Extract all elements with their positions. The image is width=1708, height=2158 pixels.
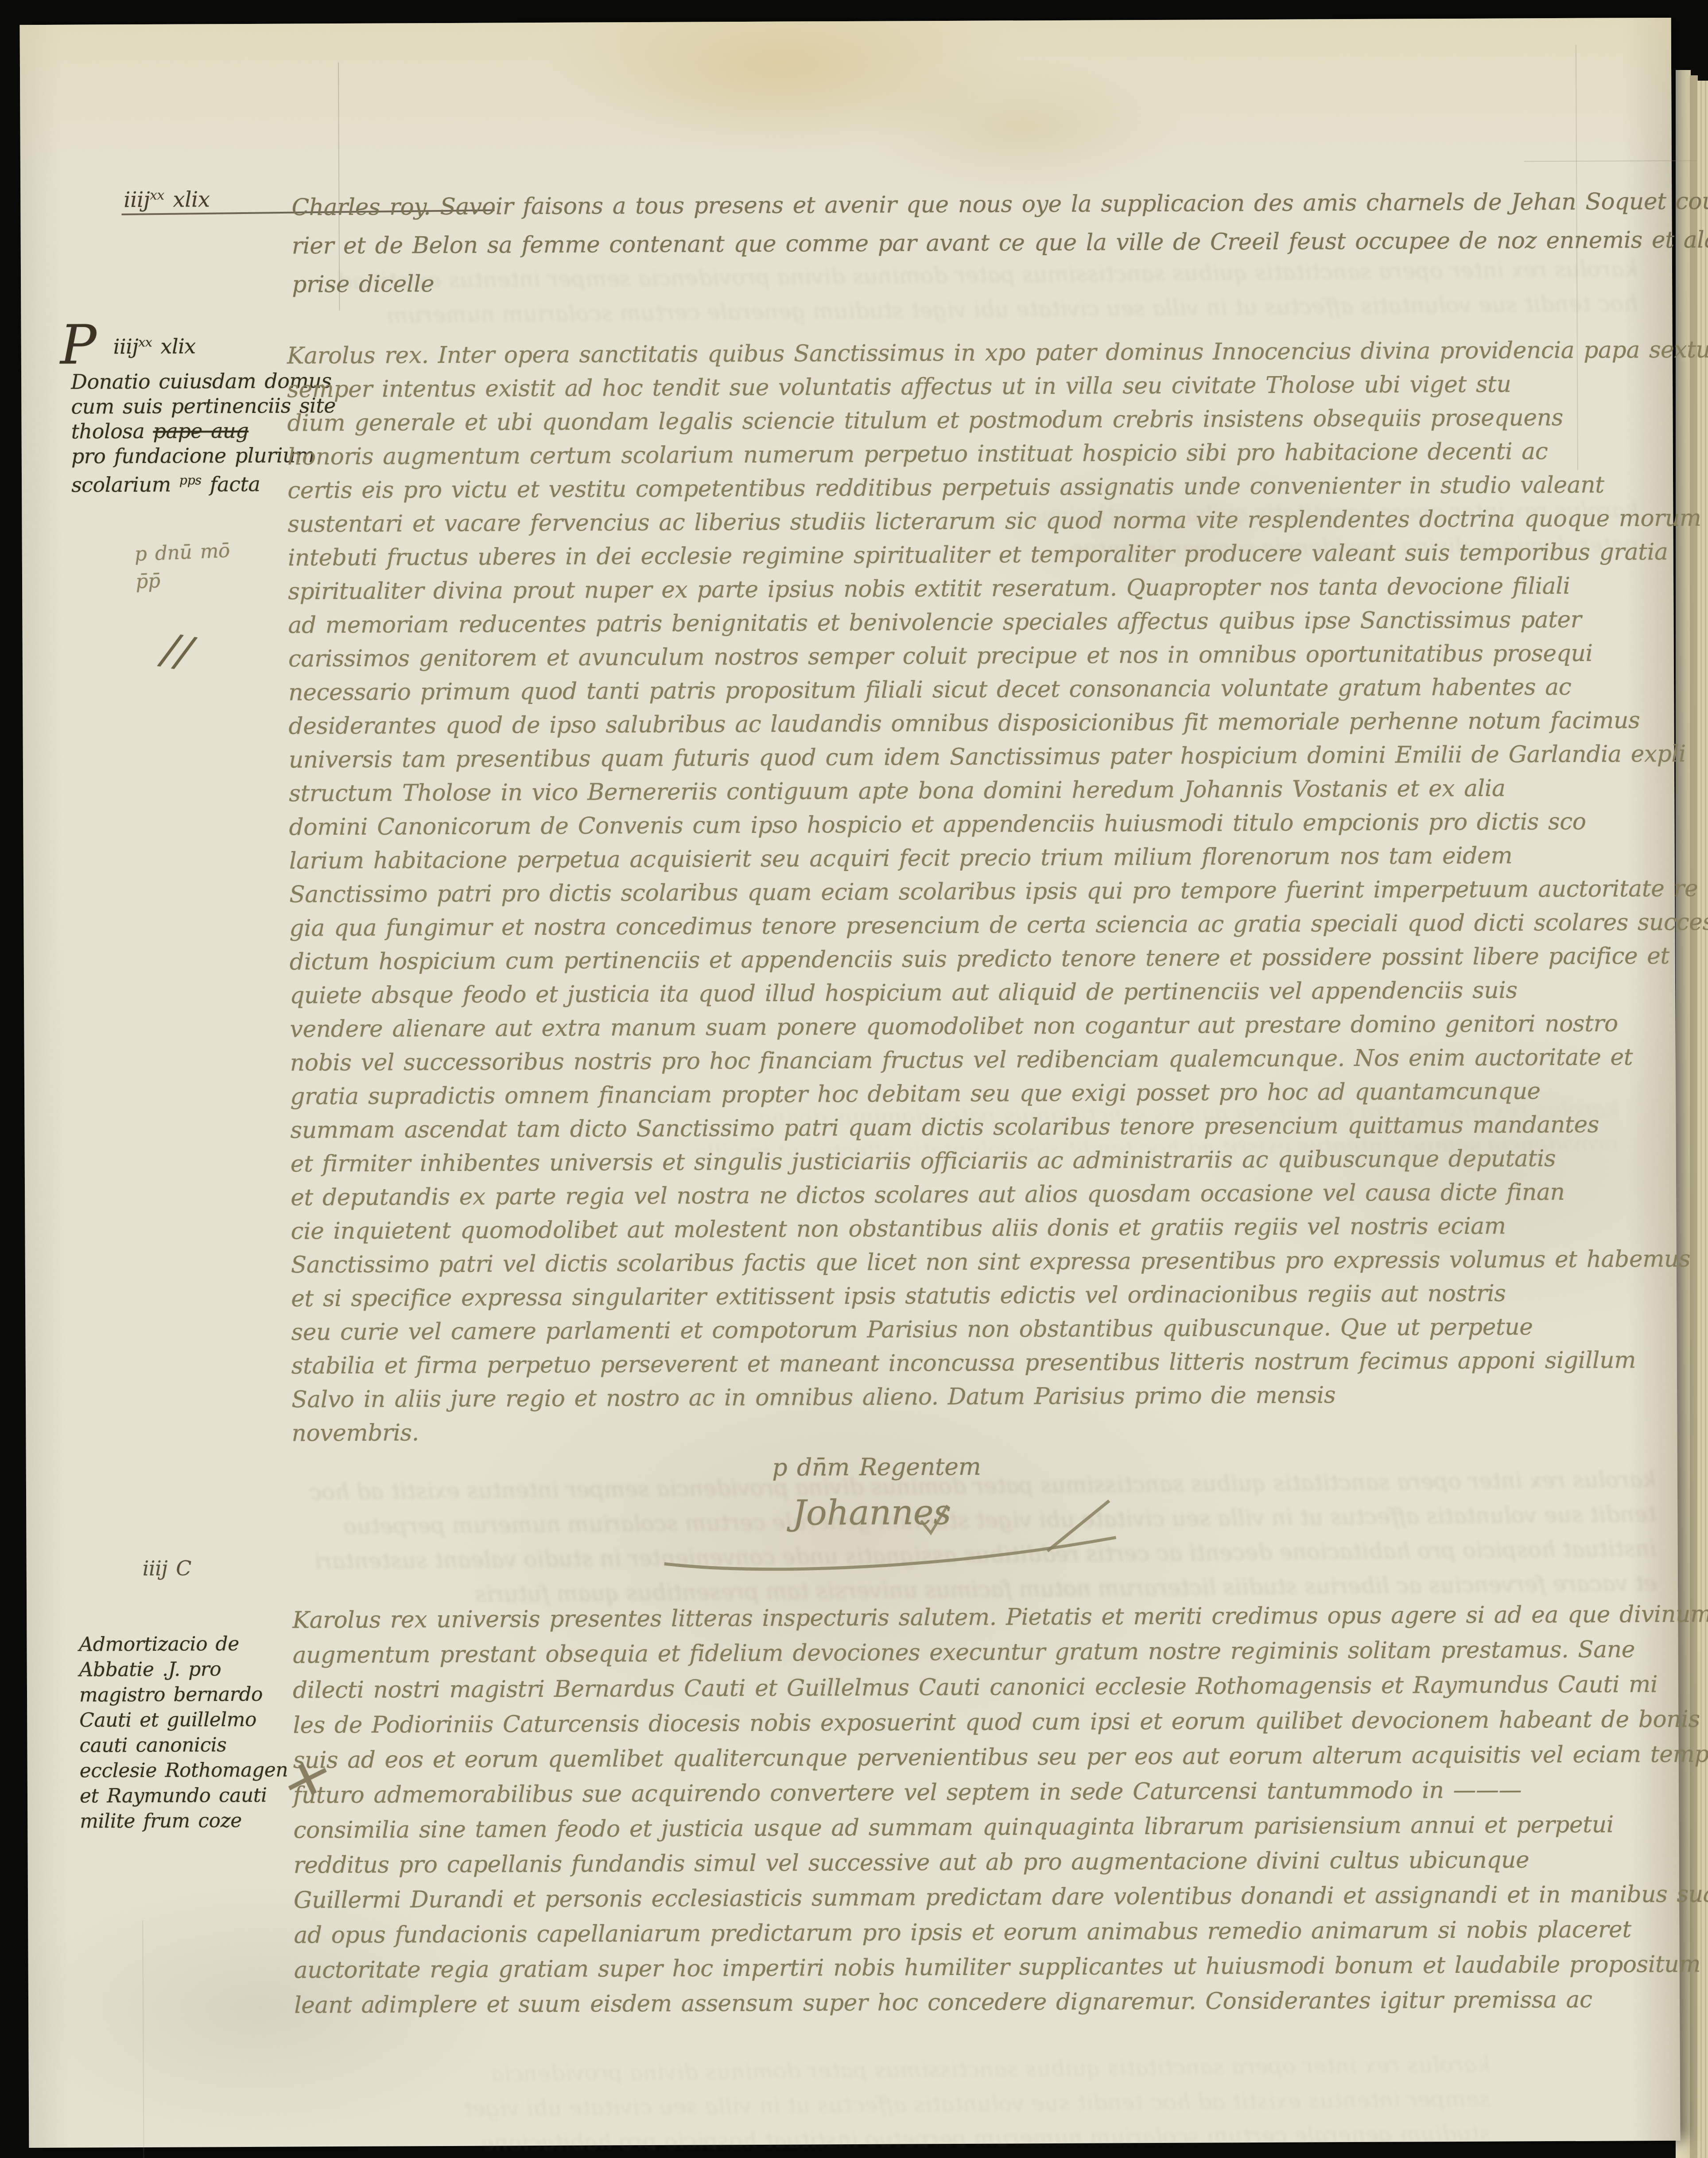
margin-note-line: p dnū mō — [134, 537, 230, 568]
text-line: consimilia sine tamen feodo et justicia … — [293, 1807, 1689, 1848]
text-line: stabilia et firma perpetuo perseverent e… — [291, 1343, 1687, 1383]
text-line: carissimos genitorem et avunculum nostro… — [288, 636, 1684, 676]
text-line: dictum hospicium cum pertinenciis et app… — [290, 939, 1685, 979]
parchment-page: karolus rex inter opera sanctitatis quib… — [20, 18, 1681, 2148]
text-line: milite frum coze — [80, 1808, 310, 1834]
margin-note-line: pro fundacione plurium — [71, 443, 302, 468]
text-line: et deputandis ex parte regia vel nostra … — [291, 1175, 1686, 1215]
text-line: et firmiter inhibentes universis et sing… — [291, 1141, 1686, 1181]
signature-flourish — [637, 1495, 1147, 1582]
fore-edge-folio-2 — [1697, 81, 1708, 2158]
text-line: Admortizacio de — [79, 1631, 309, 1657]
folio-number-superscript: xx — [150, 187, 164, 203]
folio-number-base: iiij — [124, 187, 150, 212]
text-line: suis ad eos et eorum quemlibet qualiterc… — [293, 1737, 1688, 1778]
text-line: prise dicelle — [292, 260, 1683, 304]
margin-entry2-number: iiij C — [143, 1556, 191, 1580]
text-line: dium generale et ubi quondam legalis sci… — [287, 400, 1682, 440]
text-line: leant adimplere et suum eisdem assensum … — [294, 1982, 1689, 2023]
text-line: seu curie vel camere parlamenti et compo… — [291, 1310, 1686, 1349]
text-line: necessario primum quod tanti patris prop… — [288, 670, 1684, 710]
text-line: Sanctissimo patri pro dictis scolaribus … — [289, 872, 1685, 912]
text-line: semper intentus existit ad hoc tendit su… — [287, 367, 1682, 407]
folio-number-cancelled: iiijxx xlix — [124, 187, 210, 212]
text-line: Karolus rex universis presentes litteras… — [292, 1597, 1688, 1638]
margin-note-struck-words: pape aug — [153, 419, 248, 443]
text-line: futuro admemorabilibus sue acquirendo co… — [293, 1772, 1689, 1813]
text-line: Cauti et guillelmo — [79, 1707, 310, 1733]
entry1-number-base: iiij — [113, 334, 139, 358]
margin-note-word: tholosa — [71, 419, 144, 443]
text-line: quiete absque feodo et justicia ita quod… — [290, 973, 1685, 1013]
text-line: magistro bernardo — [79, 1681, 310, 1707]
margin-note-line: scolarium pps facta — [71, 467, 302, 497]
text-line: gratia supradictis omnem financiam propt… — [290, 1074, 1685, 1114]
text-line: et si specifice expressa singulariter ex… — [291, 1276, 1686, 1316]
text-line: ad opus fundacionis capellaniarum predic… — [294, 1912, 1689, 1953]
text-line: Salvo in aliis jure regio et nostro ac i… — [291, 1377, 1687, 1417]
text-line: Abbatie .J. pro — [79, 1656, 310, 1682]
text-line: Charles roy. Savoir faisons a tous prese… — [291, 183, 1682, 227]
text-line: les de Podioriniis Caturcensis diocesis … — [293, 1702, 1688, 1743]
margin-note-amortization: Admortizacio deAbbatie .J. promagistro b… — [79, 1631, 310, 1834]
margin-note-line: cum suis pertinenciis site — [71, 393, 301, 419]
margin-double-slash-mark: // — [159, 624, 196, 677]
manuscript-photo: karolus rex inter opera sanctitatis quib… — [0, 0, 1708, 2158]
bleedthrough-ghost: karolus rex inter opera sanctitatis quib… — [427, 2047, 1491, 2152]
text-line: dilecti nostri magistri Bernardus Cauti … — [293, 1667, 1688, 1708]
entry1-number-superscript: xx — [138, 335, 152, 350]
text-line: et Raymundo cauti — [80, 1782, 310, 1808]
text-line: sustentari et vacare fervencius ac liber… — [287, 502, 1683, 541]
text-line: universis tam presentibus quam futuris q… — [289, 737, 1684, 777]
text-line: domini Canonicorum de Convenis cum ipso … — [289, 805, 1684, 844]
margin-entry1-number: iiijxx xlix — [113, 334, 196, 358]
text-line: Guillermi Durandi et personis ecclesiast… — [294, 1877, 1689, 1918]
text-line: Sanctissimo patri vel dictis scolaribus … — [291, 1242, 1686, 1282]
margin-note-line: Donatio cuiusdam domus — [71, 368, 301, 394]
margin-note-interlinear-insert: pps — [179, 473, 202, 487]
margin-paragraph-initial: P — [60, 313, 96, 376]
text-line: rier et de Belon sa femme contenant que … — [292, 221, 1683, 266]
margin-note-foundation: Donatio cuiusdam domus cum suis pertinen… — [71, 368, 302, 497]
text-line: cauti canonicis — [79, 1732, 310, 1758]
text-line: structum Tholose in vico Bernereriis con… — [289, 771, 1684, 811]
text-line: ad memoriam reducentes patris benignitat… — [288, 603, 1683, 642]
folio-number-rest: xlix — [173, 187, 210, 212]
text-line: novembris. — [291, 1411, 1687, 1450]
text-line: certis eis pro victu et vestitu competen… — [287, 468, 1683, 508]
chancery-subscription: p dn̄m Regentem — [660, 1452, 1094, 1482]
text-line: redditus pro capellanis fundandis simul … — [294, 1842, 1689, 1883]
text-line: spiritualiter divina prout nuper ex part… — [288, 569, 1683, 609]
text-line: cie inquietent quomodolibet aut molesten… — [291, 1209, 1686, 1248]
text-line: summam ascendat tam dicto Sanctissimo pa… — [290, 1108, 1685, 1147]
text-line: ecclesie Rothomagen — [80, 1757, 310, 1783]
text-line: augmentum prestant obsequia et fidelium … — [292, 1632, 1688, 1673]
margin-note-word: facta — [210, 472, 260, 496]
text-line: larium habitacione perpetua acquisierit … — [289, 838, 1685, 878]
text-line: auctoritate regia gratiam super hoc impe… — [294, 1947, 1689, 1988]
text-line: nobis vel successoribus nostris pro hoc … — [290, 1040, 1685, 1080]
ruling-line-horizontal-top — [1524, 160, 1697, 162]
text-line: honoris augmentum certum scolarium numer… — [287, 434, 1683, 474]
text-line: desiderantes quod de ipso salubribus ac … — [288, 704, 1684, 743]
ruling-line-vertical-bottom — [142, 1921, 144, 2158]
text-line: vendere alienare aut extra manum suam po… — [290, 1007, 1685, 1046]
text-line: gia qua fungimur et nostra concedimus te… — [289, 906, 1685, 945]
text-line: intebuti fructus uberes in dei ecclesie … — [288, 535, 1683, 575]
entry-header-french-act: Charles roy. Savoir faisons a tous prese… — [291, 183, 1683, 304]
entry1-latin-act-body: Karolus rex. Inter opera sanctitatis qui… — [287, 333, 1687, 1450]
entry2-latin-act-body: Karolus rex universis presentes litteras… — [292, 1597, 1689, 2023]
margin-note-line: tholosa pape aug — [71, 418, 301, 443]
margin-note-word: scolarium — [71, 472, 171, 497]
margin-note-line: p̄p̄ — [135, 564, 231, 595]
fore-edge-shadow — [1690, 75, 1698, 2158]
text-line: Karolus rex. Inter opera sanctitatis qui… — [287, 333, 1682, 373]
entry1-number-rest: xlix — [160, 334, 196, 358]
margin-note-responsion: p dnū mō p̄p̄ — [134, 537, 232, 595]
